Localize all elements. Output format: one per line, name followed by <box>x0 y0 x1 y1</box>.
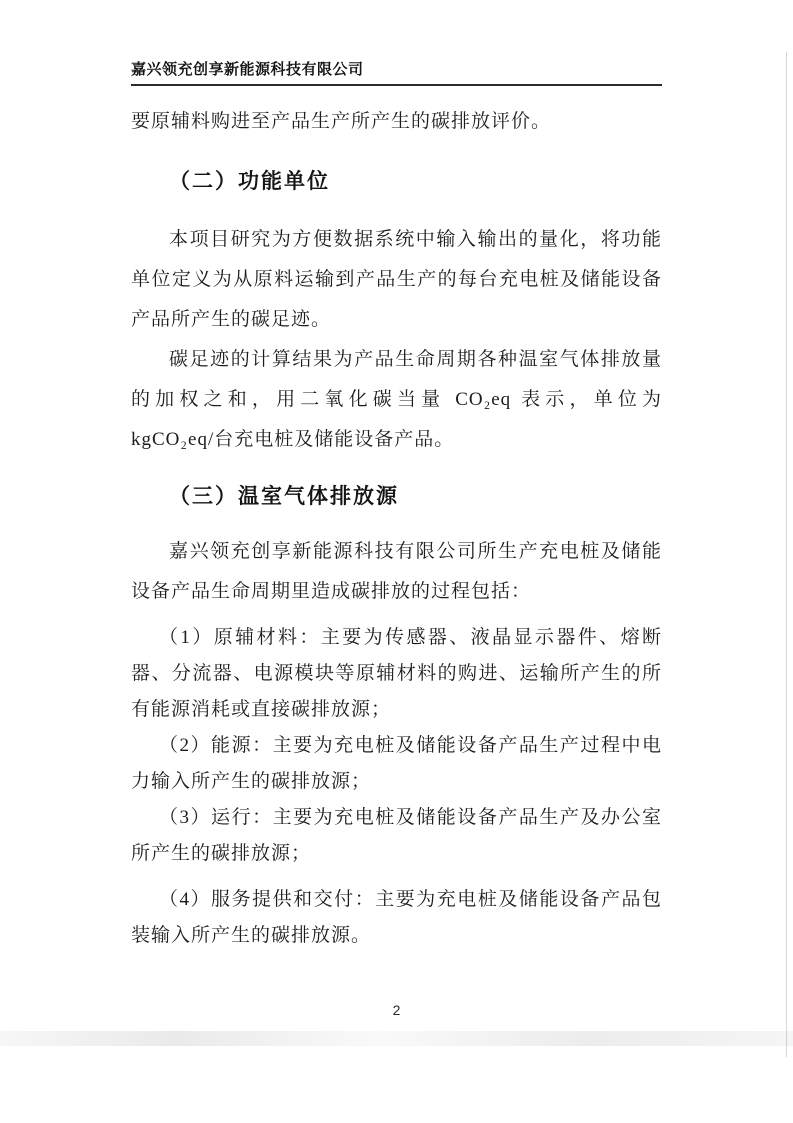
list-item-operation: （3）运行：主要为充电桩及储能设备产品生产及办公室所产生的碳排放源； <box>131 800 662 872</box>
document-page: 嘉兴领充创享新能源科技有限公司 要原辅料购进至产品生产所产生的碳排放评价。 （二… <box>0 0 793 1123</box>
list-item-energy: （2）能源：主要为充电桩及储能设备产品生产过程中电力输入所产生的碳排放源； <box>131 728 662 800</box>
intro-continuation-paragraph: 要原辅料购进至产品生产所产生的碳排放评价。 <box>131 102 662 142</box>
paragraph-ghg-sources-intro: 嘉兴领充创享新能源科技有限公司所生产充电桩及储能设备产品生命周期里造成碳排放的过… <box>131 532 662 612</box>
section-heading-ghg-sources: （三）温室气体排放源 <box>131 481 662 511</box>
section-heading-functional-unit: （二）功能单位 <box>131 166 662 196</box>
list-item-service-delivery: （4）服务提供和交付：主要为充电桩及储能设备产品包装输入所产生的碳排放源。 <box>131 882 662 954</box>
page-header: 嘉兴领充创享新能源科技有限公司 <box>131 58 662 86</box>
paragraph-carbon-footprint-unit: 碳足迹的计算结果为产品生命周期各种温室气体排放量的加权之和，用二氧化碳当量 CO… <box>131 340 662 460</box>
company-name: 嘉兴领充创享新能源科技有限公司 <box>131 61 364 78</box>
paragraph-functional-unit-definition: 本项目研究为方便数据系统中输入输出的量化，将功能单位定义为从原料运输到产品生产的… <box>131 220 662 340</box>
list-item-raw-materials: （1）原辅材料：主要为传感器、液晶显示器件、熔断器、分流器、电源模块等原辅材料的… <box>131 620 662 728</box>
page-number: 2 <box>0 1002 793 1018</box>
